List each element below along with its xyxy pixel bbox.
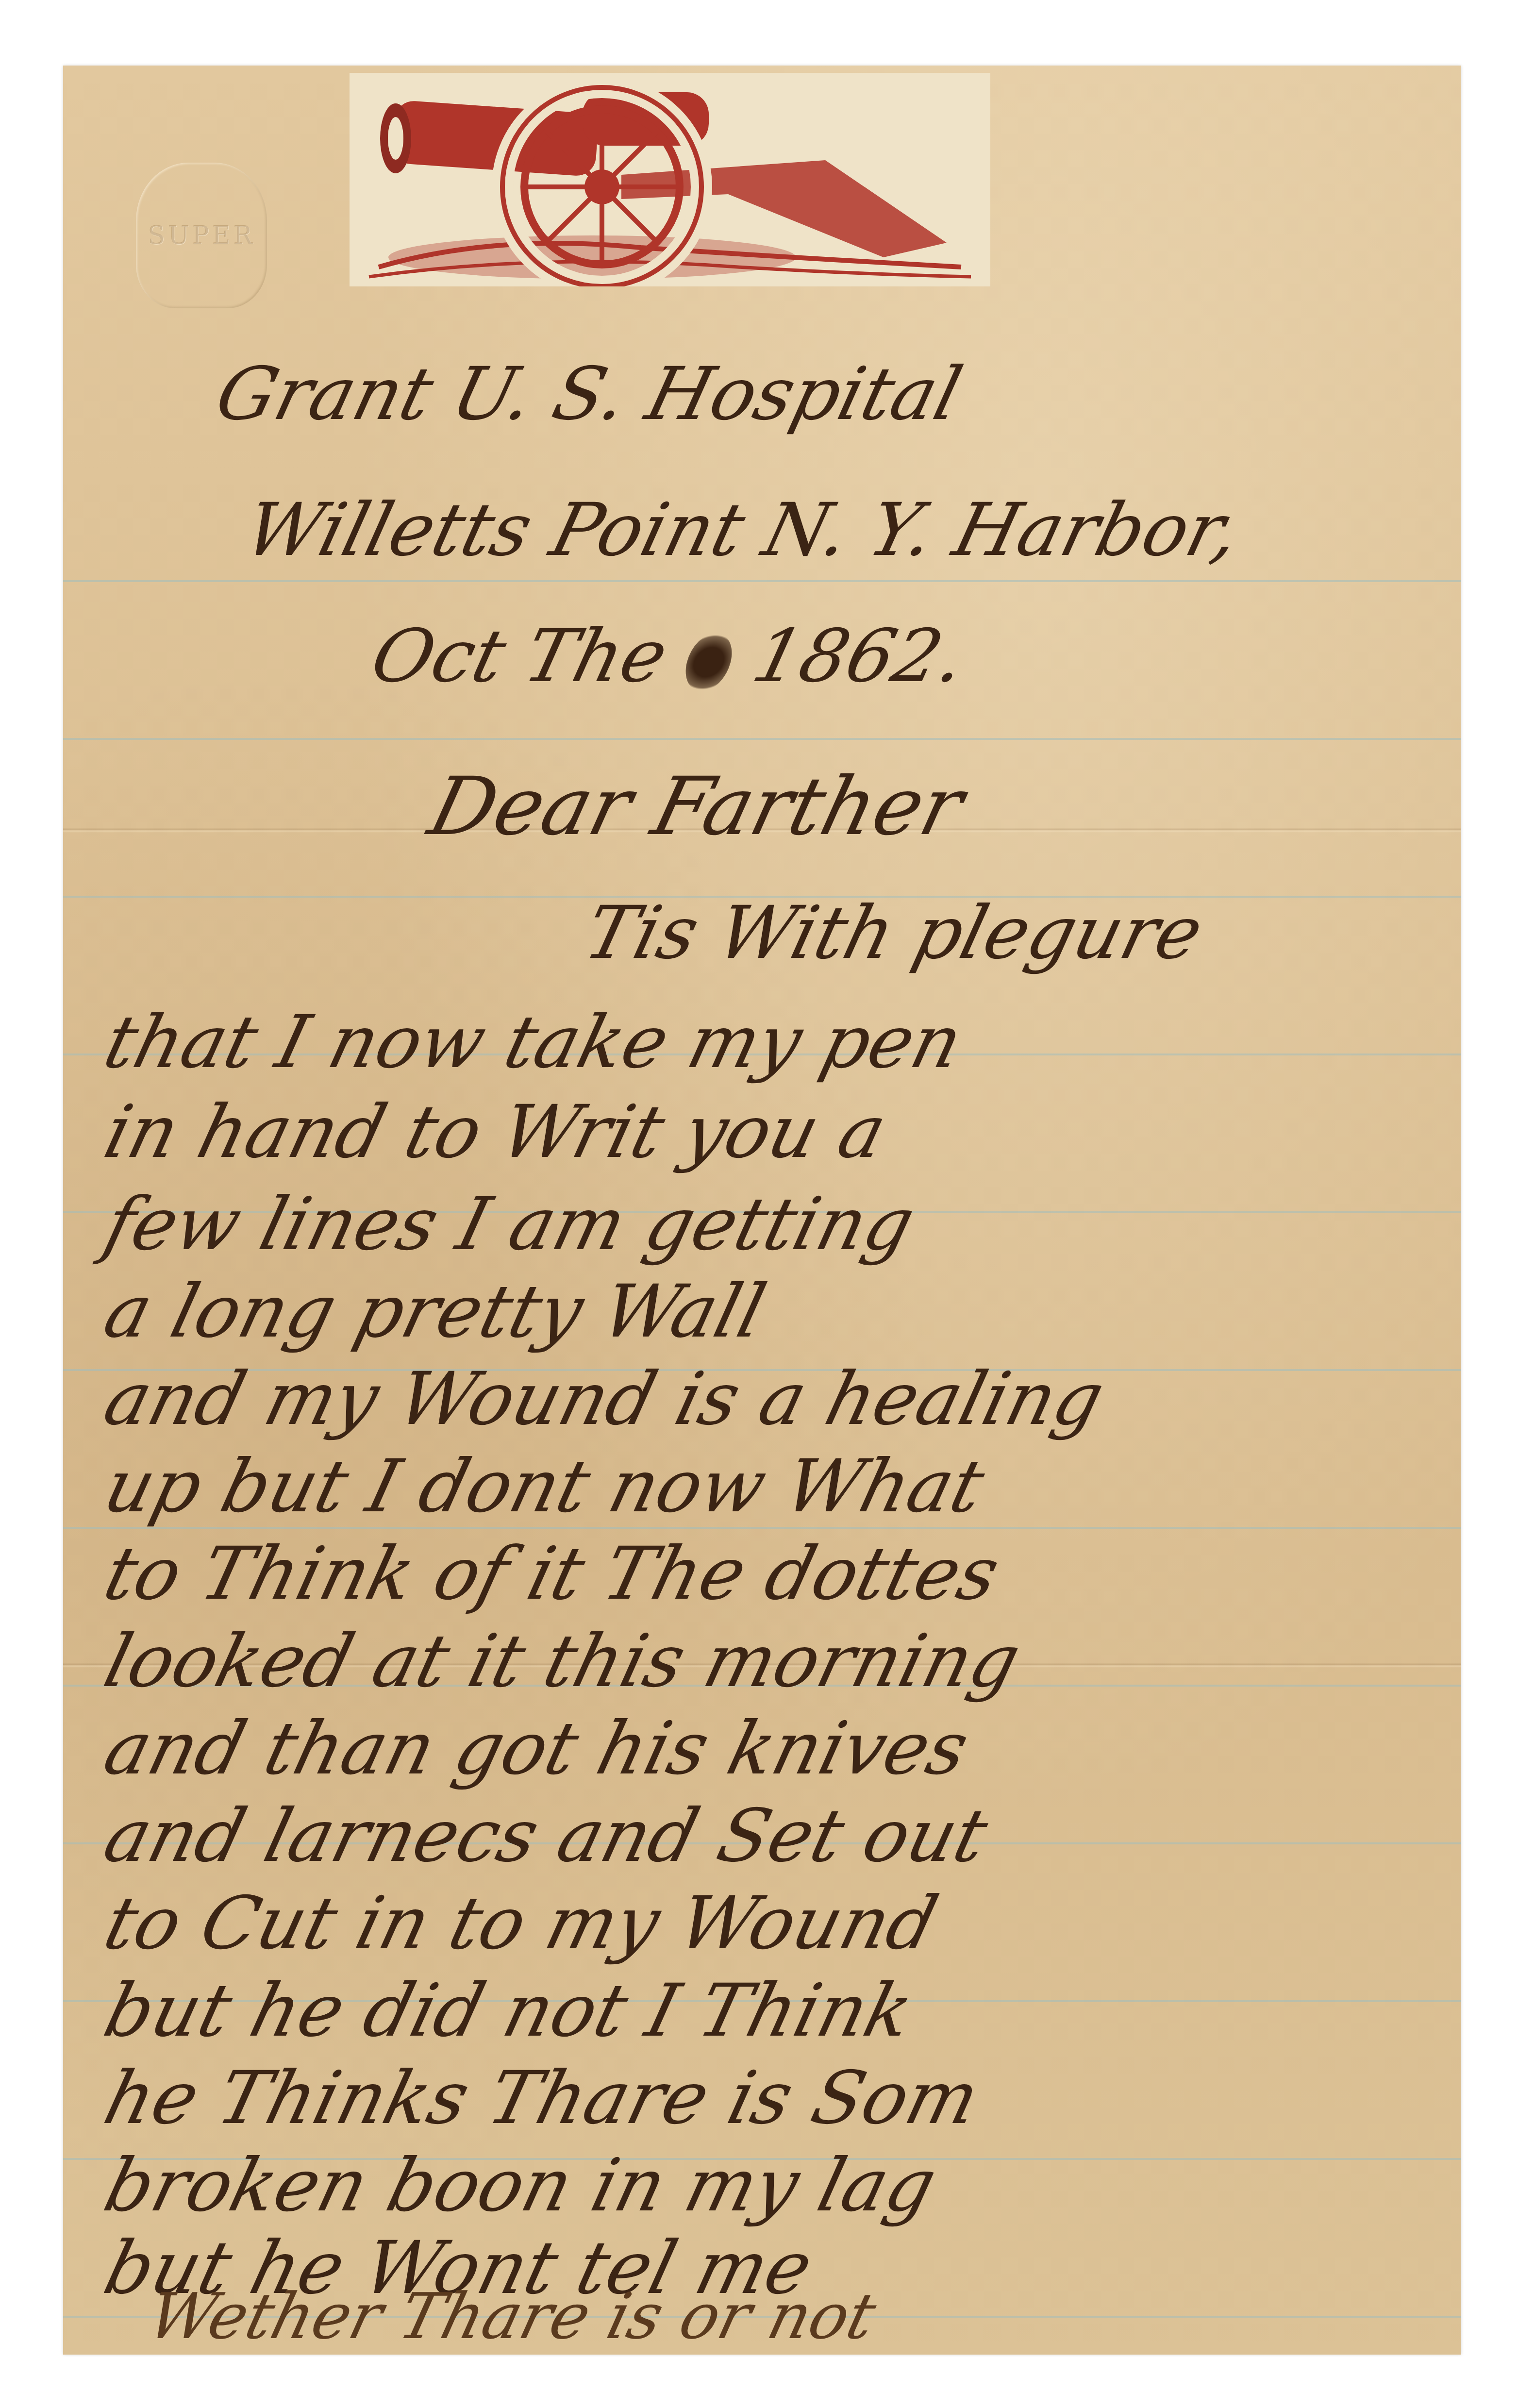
body-line: and larnecs and Set out (96, 1794, 996, 1878)
embossed-stamp: SUPER (136, 163, 267, 308)
body-line: to Cut in to my Wound (96, 1881, 946, 1966)
body-line: few lines I am getting (96, 1182, 922, 1267)
body-line: that I now take my pen (96, 1000, 970, 1085)
salutation: Dear Farther (420, 760, 972, 853)
ink-blot (680, 633, 738, 691)
body-line: he Thinks Thare is Som (96, 2056, 987, 2140)
body-line: but he did not I Think (96, 1969, 921, 2053)
ruled-line (63, 738, 1461, 740)
body-line: up but I dont now What (96, 1444, 992, 1529)
body-line: to Think of it The dottes (96, 1532, 1007, 1616)
emboss-text: SUPER (148, 221, 255, 250)
heading-line-2: Willetts Point N. Y. Harbor, (237, 488, 1249, 572)
heading-line-1: Grant U. S. Hospital (208, 352, 969, 436)
cannon-icon (350, 73, 990, 286)
cannon-vignette (350, 73, 990, 286)
ruled-line (63, 580, 1461, 582)
body-line: Wether Thare is or not (141, 2279, 883, 2353)
body-line: looked at it this morning (96, 1619, 1028, 1704)
heading-month: Oct The (363, 614, 676, 699)
letter-sheet: SUPER Grant U. S. Hospita (63, 66, 1461, 2355)
body-line: and than got his knives (96, 1706, 976, 1791)
body-line: in hand to Writ you a (96, 1090, 894, 1174)
heading-date: Oct The 1862. (363, 614, 974, 699)
body-line: a long pretty Wall (96, 1270, 773, 1354)
heading-year: 1862. (745, 614, 974, 699)
body-line: Tis With plegure (577, 891, 1211, 975)
body-line: broken boon in my lag (96, 2143, 944, 2228)
body-line: and my Wound is a healing (96, 1357, 1112, 1441)
